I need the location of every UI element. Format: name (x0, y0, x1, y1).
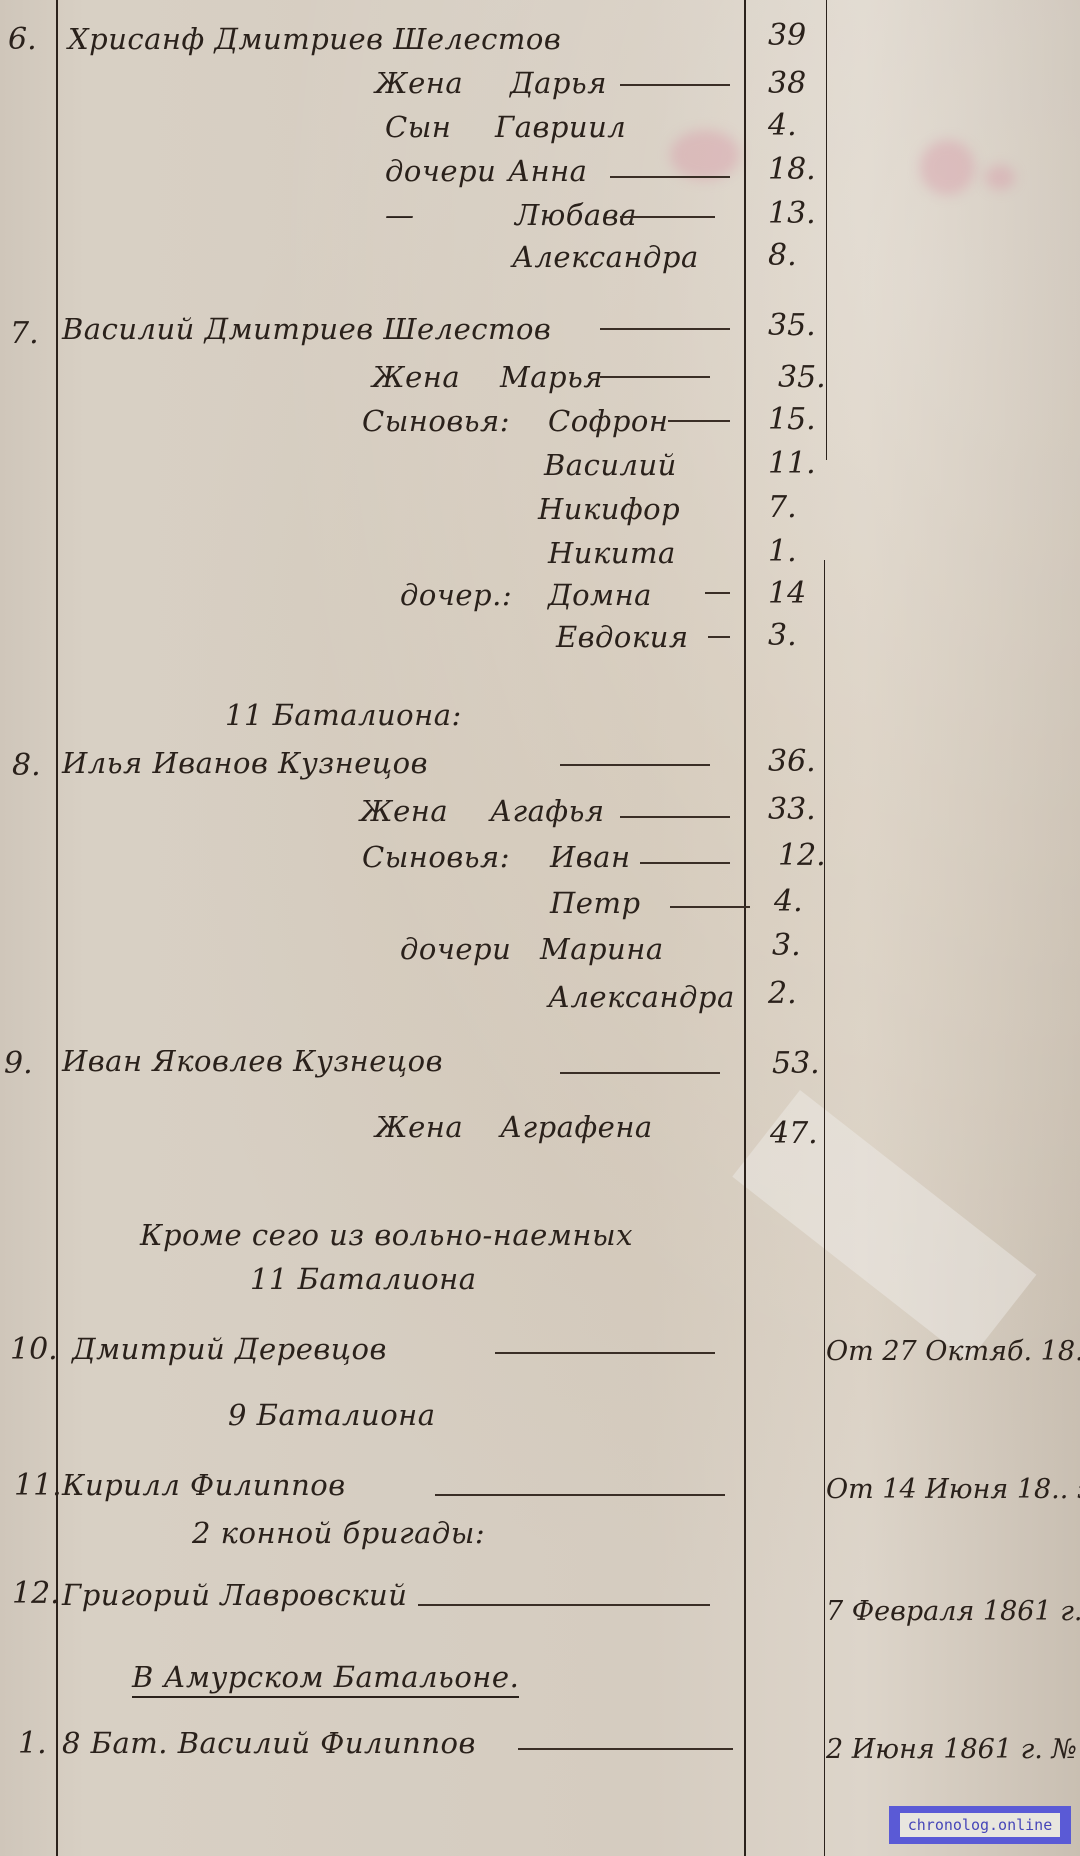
leader-line (610, 176, 730, 178)
age: 12. (778, 838, 826, 873)
entry-number: 9. (4, 1046, 33, 1081)
leader-line (495, 1352, 715, 1354)
leader-line (670, 906, 750, 908)
document-page: 6. Хрисанф Дмитриев Шелестов 39 Жена Дар… (0, 0, 1080, 1856)
head-of-household: Василий Дмитриев Шелестов (62, 312, 551, 346)
section-heading: В Амурском Батальоне. (132, 1660, 519, 1698)
family-member: Иван (550, 840, 631, 874)
person-name: Кирилл Филиппов (62, 1468, 346, 1502)
age: 11. (768, 446, 816, 481)
age: 18. (768, 152, 816, 187)
relation: дочер.: (400, 578, 512, 612)
entry-number: 11. (14, 1468, 62, 1503)
entry-number: 7. (10, 316, 39, 351)
relation: Сыновья: (362, 404, 510, 438)
age: 14 (768, 576, 806, 611)
relation: Жена (375, 1110, 463, 1144)
age: 4. (768, 108, 797, 143)
head-of-household: Хрисанф Дмитриев Шелестов (68, 22, 561, 56)
margin-note: 2 Июня 1861 г. № 121 (826, 1734, 1080, 1765)
age: 7. (768, 490, 797, 525)
section-subheading: 11 Баталиона (250, 1262, 477, 1296)
family-member: Марья (500, 360, 603, 394)
leader-line (705, 592, 730, 594)
entry-number: 10. (10, 1332, 58, 1367)
age: 35. (768, 308, 816, 343)
family-member: Василий (544, 448, 677, 482)
relation: Жена (372, 360, 460, 394)
leader-line (668, 420, 730, 422)
relation: дочери (400, 932, 511, 966)
family-member: Марина (540, 932, 664, 966)
leader-line (600, 376, 710, 378)
person-name: 8 Бат. Василий Филиппов (62, 1726, 476, 1760)
leader-line (600, 328, 730, 330)
section-heading: 11 Баталиона: (225, 698, 462, 732)
age: 15. (768, 402, 816, 437)
age: 4. (774, 884, 803, 919)
age: 8. (768, 238, 797, 273)
leader-line (620, 84, 730, 86)
margin-note: 7 Февраля 1861 г. № 287. (826, 1596, 1080, 1627)
leader-line (640, 862, 730, 864)
entry-number: 12. (12, 1576, 60, 1611)
family-member: Софрон (548, 404, 668, 438)
leader-line (435, 1494, 725, 1496)
ink-stain (985, 165, 1015, 190)
family-member: Александра (512, 240, 699, 274)
leader-line (560, 1072, 720, 1074)
family-member: Александра (548, 980, 735, 1014)
family-member: Домна (548, 578, 652, 612)
leader-line (560, 764, 710, 766)
watermark-text: chronolog.online (900, 1813, 1061, 1837)
relation: Сын (385, 110, 451, 144)
relation: Жена (360, 794, 448, 828)
age-column-rule-top (826, 0, 827, 460)
entry-number: 1. (18, 1726, 47, 1761)
person-name: Григорий Лавровский (62, 1578, 407, 1612)
age: 35. (778, 360, 826, 395)
age: 38 (768, 66, 806, 101)
entry-number: 6. (8, 22, 37, 57)
age: 3. (772, 928, 801, 963)
age: 36. (768, 744, 816, 779)
leader-line (418, 1604, 710, 1606)
age: 2. (768, 976, 797, 1011)
family-member: Любава (515, 198, 637, 232)
margin-note: От 27 Октяб. 18.. без последст. (826, 1336, 1080, 1367)
watermark-badge: chronolog.online (889, 1806, 1071, 1844)
family-member: Никита (548, 536, 676, 570)
age: 13. (768, 196, 816, 231)
family-member: Никифор (538, 492, 680, 526)
family-member: Петр (550, 886, 641, 920)
leader-line (518, 1748, 733, 1750)
relation: — (385, 198, 415, 232)
ink-stain (670, 130, 740, 180)
name-column-rule (744, 0, 746, 1856)
relation: Жена (375, 66, 463, 100)
family-member: Дарья (510, 66, 607, 100)
head-of-household: Иван Яковлев Кузнецов (62, 1044, 443, 1078)
age: 33. (768, 792, 816, 827)
age: 47. (770, 1116, 818, 1151)
section-heading: 2 конной бригады: (192, 1516, 485, 1550)
head-of-household: Илья Иванов Кузнецов (62, 746, 428, 780)
person-name: Дмитрий Деревцов (72, 1332, 387, 1366)
family-member: Евдокия (556, 620, 689, 654)
age-column-rule (824, 560, 825, 1856)
margin-note: От 14 Июня 18.. за № 1495 (826, 1474, 1080, 1505)
age: 39 (768, 18, 806, 53)
family-member: Гавриил (495, 110, 626, 144)
leader-line (620, 216, 715, 218)
section-heading: Кроме сего из вольно-наемных (140, 1218, 633, 1252)
family-member: Агафья (490, 794, 605, 828)
age: 3. (768, 618, 797, 653)
ink-stain (920, 140, 975, 195)
section-heading: 9 Баталиона (228, 1398, 436, 1432)
relation: дочери (385, 154, 496, 188)
leader-line (708, 636, 730, 638)
age: 1. (768, 534, 797, 569)
family-member: Аграфена (500, 1110, 653, 1144)
entry-number: 8. (12, 748, 41, 783)
age: 53. (772, 1046, 820, 1081)
leader-line (620, 816, 730, 818)
relation: Сыновья: (362, 840, 510, 874)
family-member: Анна (508, 154, 587, 188)
